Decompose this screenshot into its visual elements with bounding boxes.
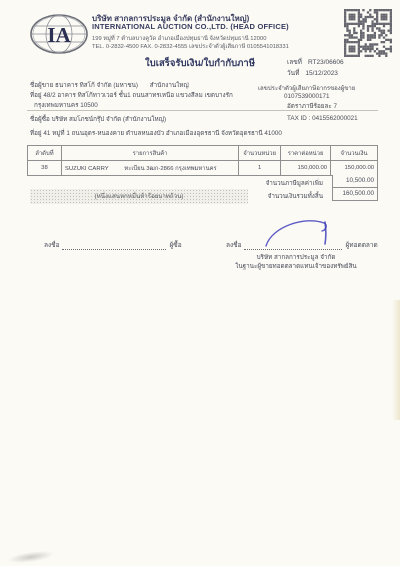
item-qty: 1 xyxy=(239,161,281,176)
doc-date-value: 15/12/2023 xyxy=(305,70,338,77)
qr-code xyxy=(344,9,392,57)
total-amount: 160,500.00 xyxy=(332,188,378,201)
item-unit-price: 150,000.00 xyxy=(281,161,331,176)
company-logo: IA xyxy=(29,13,89,55)
buyer-name-label: ชื่อผู้ซื้อ xyxy=(30,116,50,123)
auctioneer-note: ในฐานะผู้ขายทอดตลาดแทนเจ้าของทรัพย์สิน xyxy=(196,261,396,271)
receipt-document: IA บริษัท สากลการประมูล จำกัด (สำนักงานใ… xyxy=(0,0,400,566)
item-amount: 150,000.00 xyxy=(331,161,378,176)
table-row: 38 SUZUKI CARRY ทะเบียน 3ฒก-2866 กรุงเทพ… xyxy=(28,161,378,176)
seller-name-value: ธนาคาร ทิสโก้ จำกัด (มหาชน) xyxy=(55,82,138,89)
item-no: 38 xyxy=(28,161,62,176)
vat-label: จำนวนภาษีมูลค่าเพิ่ม xyxy=(27,178,329,188)
buyer-signature-line: ลงชื่อผู้ซื้อ xyxy=(44,240,182,250)
buyer-signature-field[interactable] xyxy=(62,243,166,250)
sign-label: ลงชื่อ xyxy=(226,242,241,249)
doc-number-label: เลขที่ xyxy=(287,59,302,66)
col-header-amount: จำนวนเงิน xyxy=(331,146,378,161)
col-header-qty: จำนวนหน่วย xyxy=(239,146,281,161)
item-brand: SUZUKI CARRY xyxy=(65,166,109,172)
buyer-role-label: ผู้ซื้อ xyxy=(169,242,181,249)
vat-amount: 10,500.00 xyxy=(332,175,378,188)
doc-number-value: RT23/06606 xyxy=(308,59,344,66)
scan-artifact xyxy=(8,549,55,565)
seller-name-label: ชื่อผู้ขาย xyxy=(30,82,53,89)
scan-artifact xyxy=(392,300,400,420)
section-divider xyxy=(27,110,378,111)
items-table: ลำดับที่ รายการสินค้า จำนวนหน่วย ราคาต่อ… xyxy=(27,145,378,176)
logo-monogram: IA xyxy=(47,23,71,47)
doc-number-line: เลขที่RT23/06606 xyxy=(287,57,344,67)
buyer-taxid: TAX ID : 0415562000021 xyxy=(287,115,358,122)
col-header-no: ลำดับที่ xyxy=(28,146,62,161)
doc-date-label: วันที่ xyxy=(287,70,299,77)
auctioneer-role-label: ผู้ทอดตลาด xyxy=(345,242,377,249)
auctioneer-signature-field[interactable] xyxy=(244,243,342,250)
items-header-row: ลำดับที่ รายการสินค้า จำนวนหน่วย ราคาต่อ… xyxy=(28,146,378,161)
seller-address-1: ที่อยู่ 48/2 อาคาร ทิสโก้ทาวเวอร์ ชั้น1 … xyxy=(30,90,233,100)
seller-taxid-label: เลขประจำตัวผู้เสียภาษีอากรของผู้ขาย xyxy=(258,83,355,93)
item-description: SUZUKI CARRY ทะเบียน 3ฒก-2866 กรุงเทพมหา… xyxy=(61,161,238,176)
seller-address-2: กรุงเทพมหานคร 10500 xyxy=(34,100,98,110)
seller-branch: สำนักงานใหญ่ xyxy=(150,82,189,89)
total-label: จำนวนเงินรวมทั้งสิ้น xyxy=(27,191,329,201)
buyer-name-line: ชื่อผู้ซื้อ บริษัท สมโภชน์กรุ๊ป จำกัด (ส… xyxy=(30,114,166,124)
auctioneer-signature-line: ลงชื่อผู้ทอดตลาด xyxy=(226,240,378,250)
buyer-address: ที่อยู่ 41 หมู่ที่ 1 ถนนอุดร-หนองคาย ตำบ… xyxy=(30,128,282,138)
col-header-unit-price: ราคาต่อหน่วย xyxy=(281,146,331,161)
item-plate: ทะเบียน 3ฒก-2866 กรุงเทพมหานคร xyxy=(124,166,216,172)
seller-name-line: ชื่อผู้ขาย ธนาคาร ทิสโก้ จำกัด (มหาชน) ส… xyxy=(30,80,189,90)
company-name-en: INTERNATIONAL AUCTION CO.,LTD. (HEAD OFF… xyxy=(92,22,289,31)
doc-date-line: วันที่15/12/2023 xyxy=(287,68,338,78)
seller-taxid-value: 0107539000171 xyxy=(284,93,330,100)
company-tel-taxid: TEL. 0-2832-4500 FAX. 0-2832-4555 เลขประ… xyxy=(92,41,289,51)
buyer-name-value: บริษัท สมโภชน์กรุ๊ป จำกัด (สำนักงานใหญ่) xyxy=(52,116,167,123)
sign-label: ลงชื่อ xyxy=(44,242,59,249)
col-header-description: รายการสินค้า xyxy=(61,146,238,161)
